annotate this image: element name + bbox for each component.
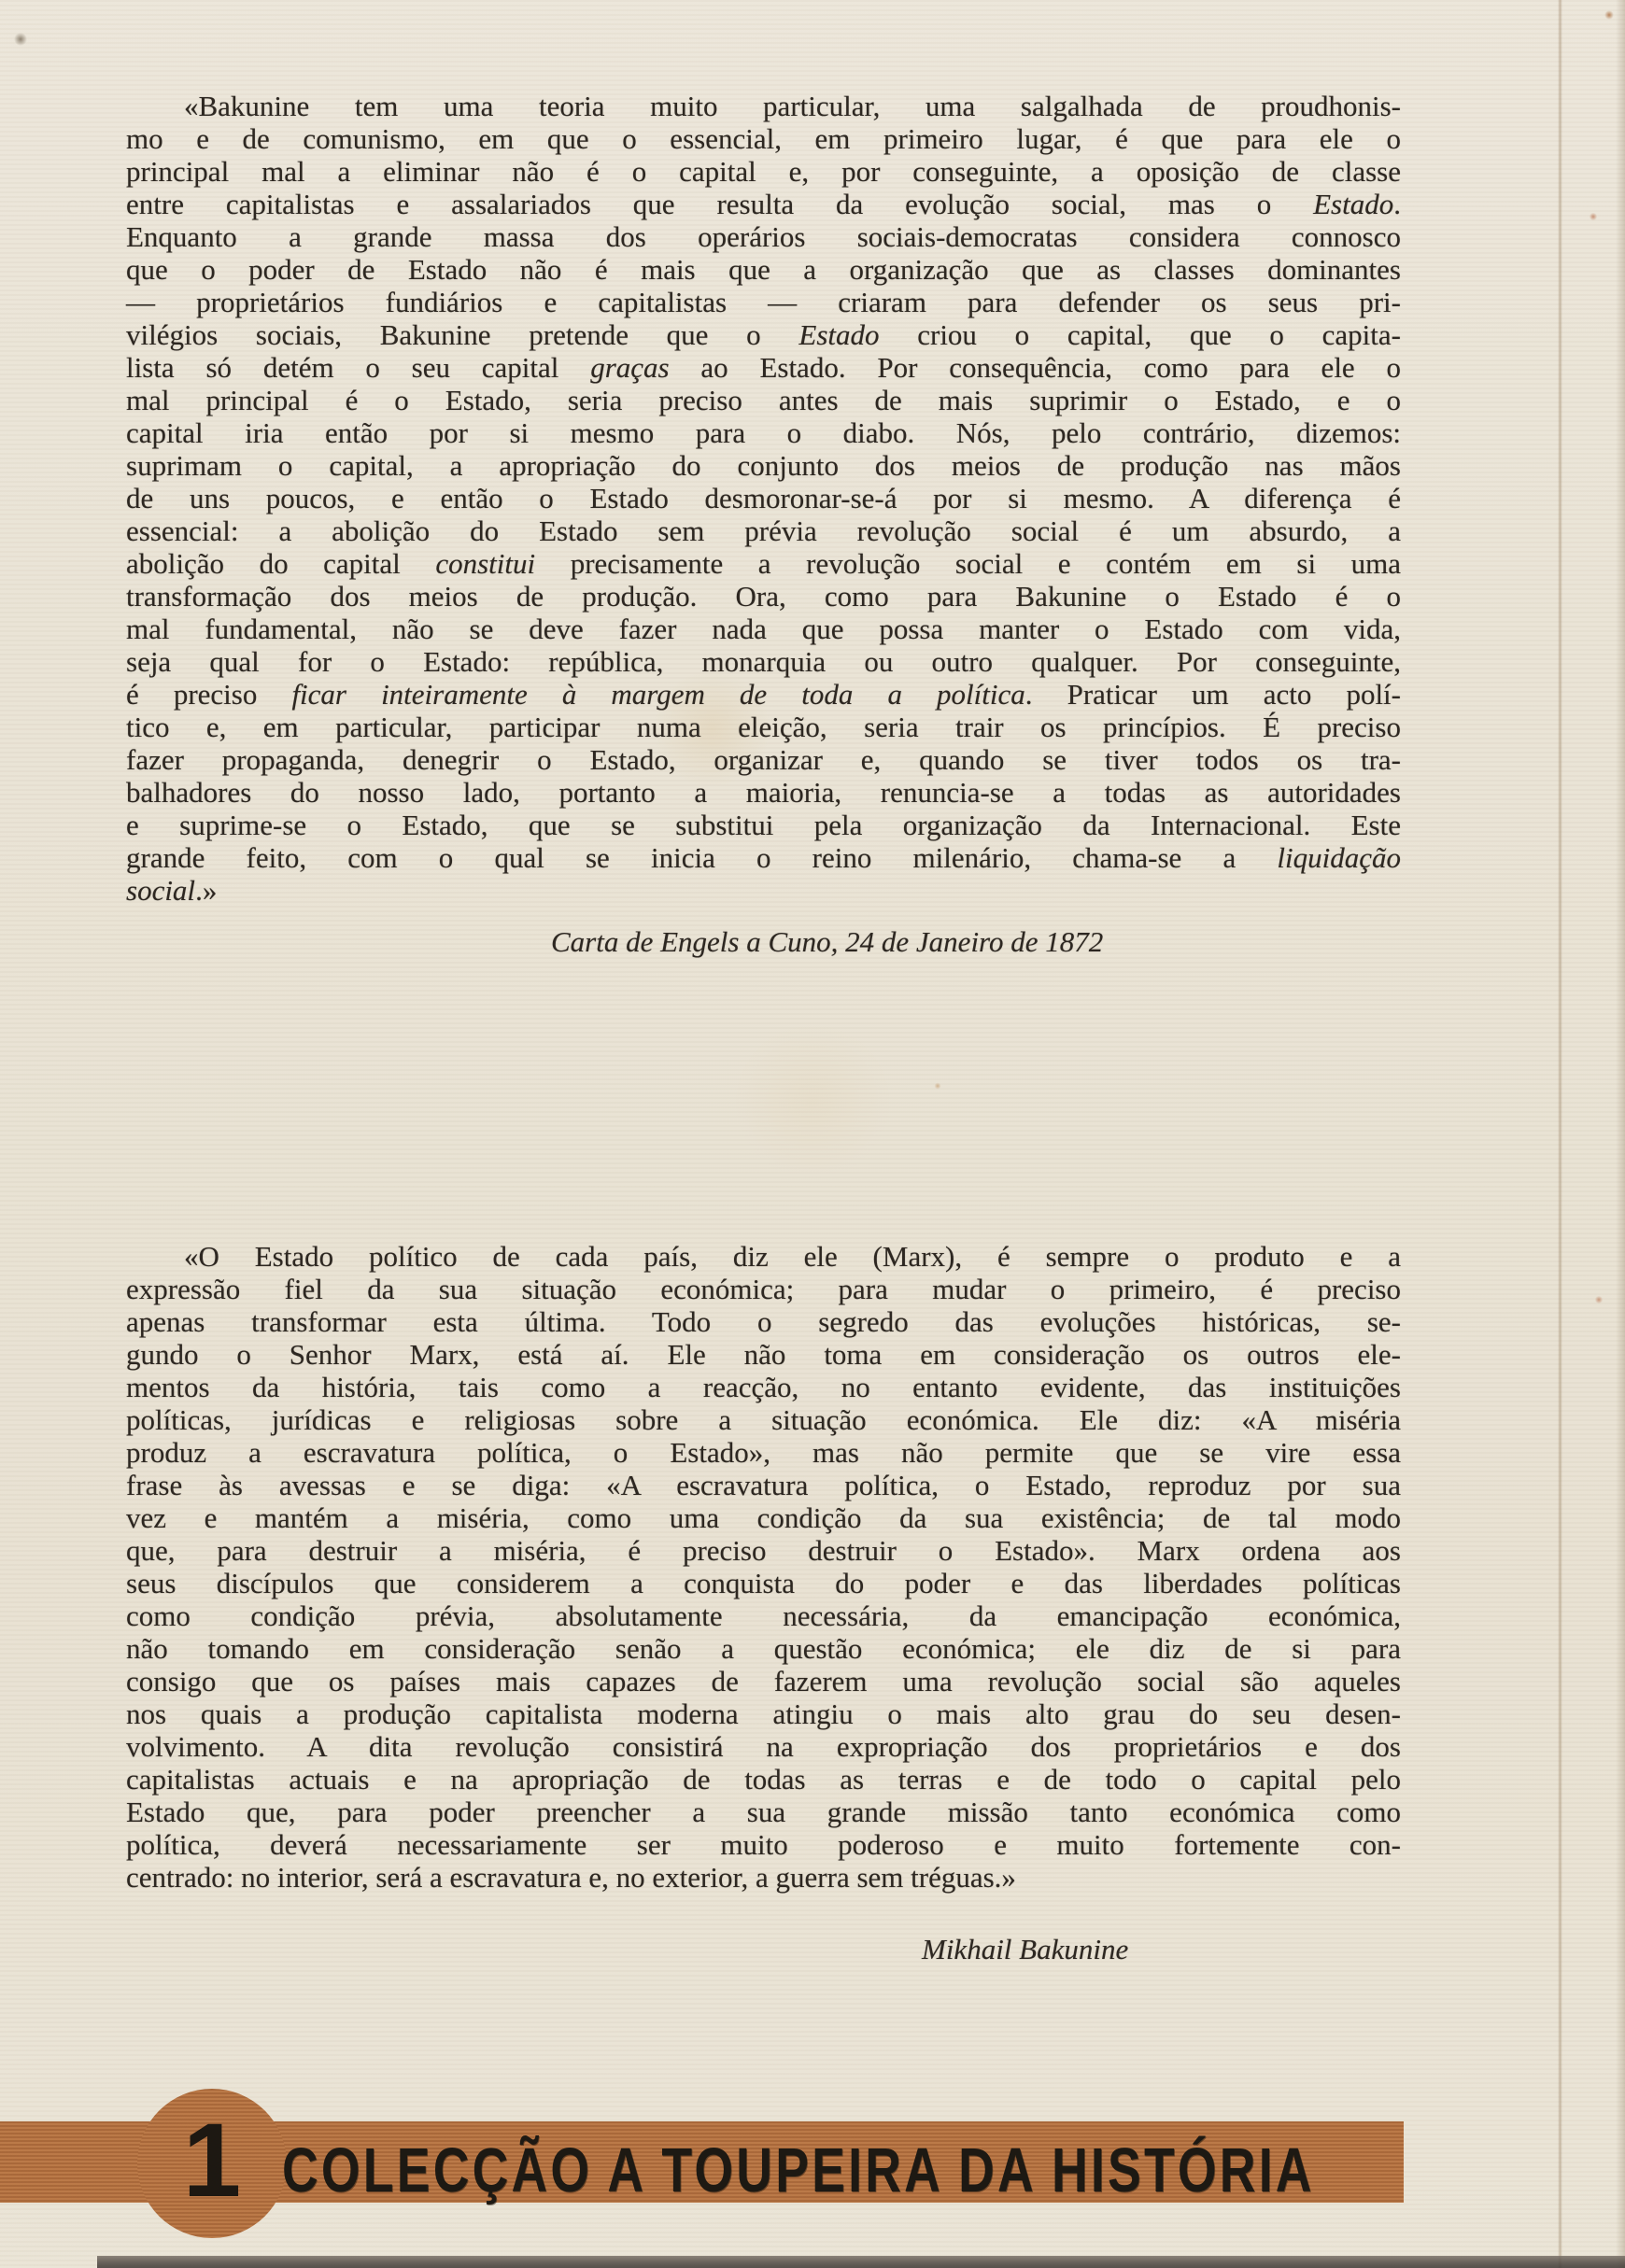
engels-quote-attribution: Carta de Engels a Cuno, 24 de Janeiro de… (551, 925, 1103, 959)
page-bottom-edge (97, 2256, 1625, 2268)
text-line: principal mal a eliminar não é o capital… (126, 155, 1401, 188)
text-line: abolição do capital constitui precisamen… (126, 547, 1401, 580)
text-line: produz a escravatura política, o Estado»… (126, 1436, 1401, 1469)
bakunine-quote-block: «O Estado político de cada país, diz ele… (126, 1240, 1401, 1894)
series-title: COLECÇÃO A TOUPEIRA DA HISTÓRIA (282, 2134, 1315, 2206)
text-line: Enquanto a grande massa dos operários so… (126, 220, 1401, 253)
engels-quote-block: «Bakunine tem uma teoria muito particula… (126, 90, 1401, 907)
text-line: consigo que os países mais capazes de fa… (126, 1665, 1401, 1697)
text-line: como condição prévia, absolutamente nece… (126, 1599, 1401, 1632)
text-line: vez e mantém a miséria, como uma condiçã… (126, 1501, 1401, 1534)
fold-crease (1558, 0, 1562, 2268)
text-line: política, deverá necessariamente ser mui… (126, 1828, 1401, 1861)
text-line: lista só detém o seu capital graças ao E… (126, 351, 1401, 384)
text-line: «O Estado político de cada país, diz ele… (126, 1240, 1401, 1273)
text-line: «Bakunine tem uma teoria muito particula… (126, 90, 1401, 122)
text-line: não tomando em consideração senão a ques… (126, 1632, 1401, 1665)
text-line: que, para destruir a miséria, é preciso … (126, 1534, 1401, 1567)
text-line: grande feito, com o qual se inicia o rei… (126, 841, 1401, 874)
bakunine-quote-attribution: Mikhail Bakunine (922, 1933, 1128, 1966)
text-line: balhadores do nosso lado, portanto a mai… (126, 776, 1401, 809)
text-line: é preciso ficar inteiramente à margem de… (126, 678, 1401, 711)
series-number: 1 (183, 2108, 241, 2219)
book-back-cover: { "colors": { "paper": "#e9e3d5", "ink":… (0, 0, 1625, 2268)
text-line: seja qual for o Estado: república, monar… (126, 645, 1401, 678)
text-line: volvimento. A dita revolução consistirá … (126, 1730, 1401, 1763)
text-line: suprimam o capital, a apropriação do con… (126, 449, 1401, 482)
series-number-circle: 1 (137, 2089, 287, 2238)
text-line: mal principal é o Estado, seria preciso … (126, 384, 1401, 416)
text-line: nos quais a produção capitalista moderna… (126, 1697, 1401, 1730)
text-line: capital iria então por si mesmo para o d… (126, 416, 1401, 449)
text-line: mo e de comunismo, em que o essencial, e… (126, 122, 1401, 155)
text-line: políticas, jurídicas e religiosas sobre … (126, 1403, 1401, 1436)
text-line: centrado: no interior, será a escravatur… (126, 1861, 1401, 1894)
text-line: apenas transformar esta última. Todo o s… (126, 1305, 1401, 1338)
text-line: expressão fiel da sua situação económica… (126, 1273, 1401, 1305)
text-line: — proprietários fundiários e capitalista… (126, 286, 1401, 318)
text-line: fazer propaganda, denegrir o Estado, org… (126, 743, 1401, 776)
page-right-edge (1616, 0, 1625, 2268)
text-line: tico e, em particular, participar numa e… (126, 711, 1401, 743)
text-line: social.» (126, 874, 1401, 907)
text-line: mentos da história, tais como a reacção,… (126, 1371, 1401, 1403)
text-line: entre capitalistas e assalariados que re… (126, 188, 1401, 220)
text-line: essencial: a abolição do Estado sem prév… (126, 514, 1401, 547)
text-line: vilégios sociais, Bakunine pretende que … (126, 318, 1401, 351)
text-line: que o poder de Estado não é mais que a o… (126, 253, 1401, 286)
text-line: seus discípulos que considerem a conquis… (126, 1567, 1401, 1599)
text-line: frase às avessas e se diga: «A escravatu… (126, 1469, 1401, 1501)
text-line: e suprime-se o Estado, que se substitui … (126, 809, 1401, 841)
text-line: de uns poucos, e então o Estado desmoron… (126, 482, 1401, 514)
text-line: mal fundamental, não se deve fazer nada … (126, 613, 1401, 645)
text-line: gundo o Senhor Marx, está aí. Ele não to… (126, 1338, 1401, 1371)
text-line: Estado que, para poder preencher a sua g… (126, 1796, 1401, 1828)
text-line: transformação dos meios de produção. Ora… (126, 580, 1401, 613)
text-line: capitalistas actuais e na apropriação de… (126, 1763, 1401, 1796)
